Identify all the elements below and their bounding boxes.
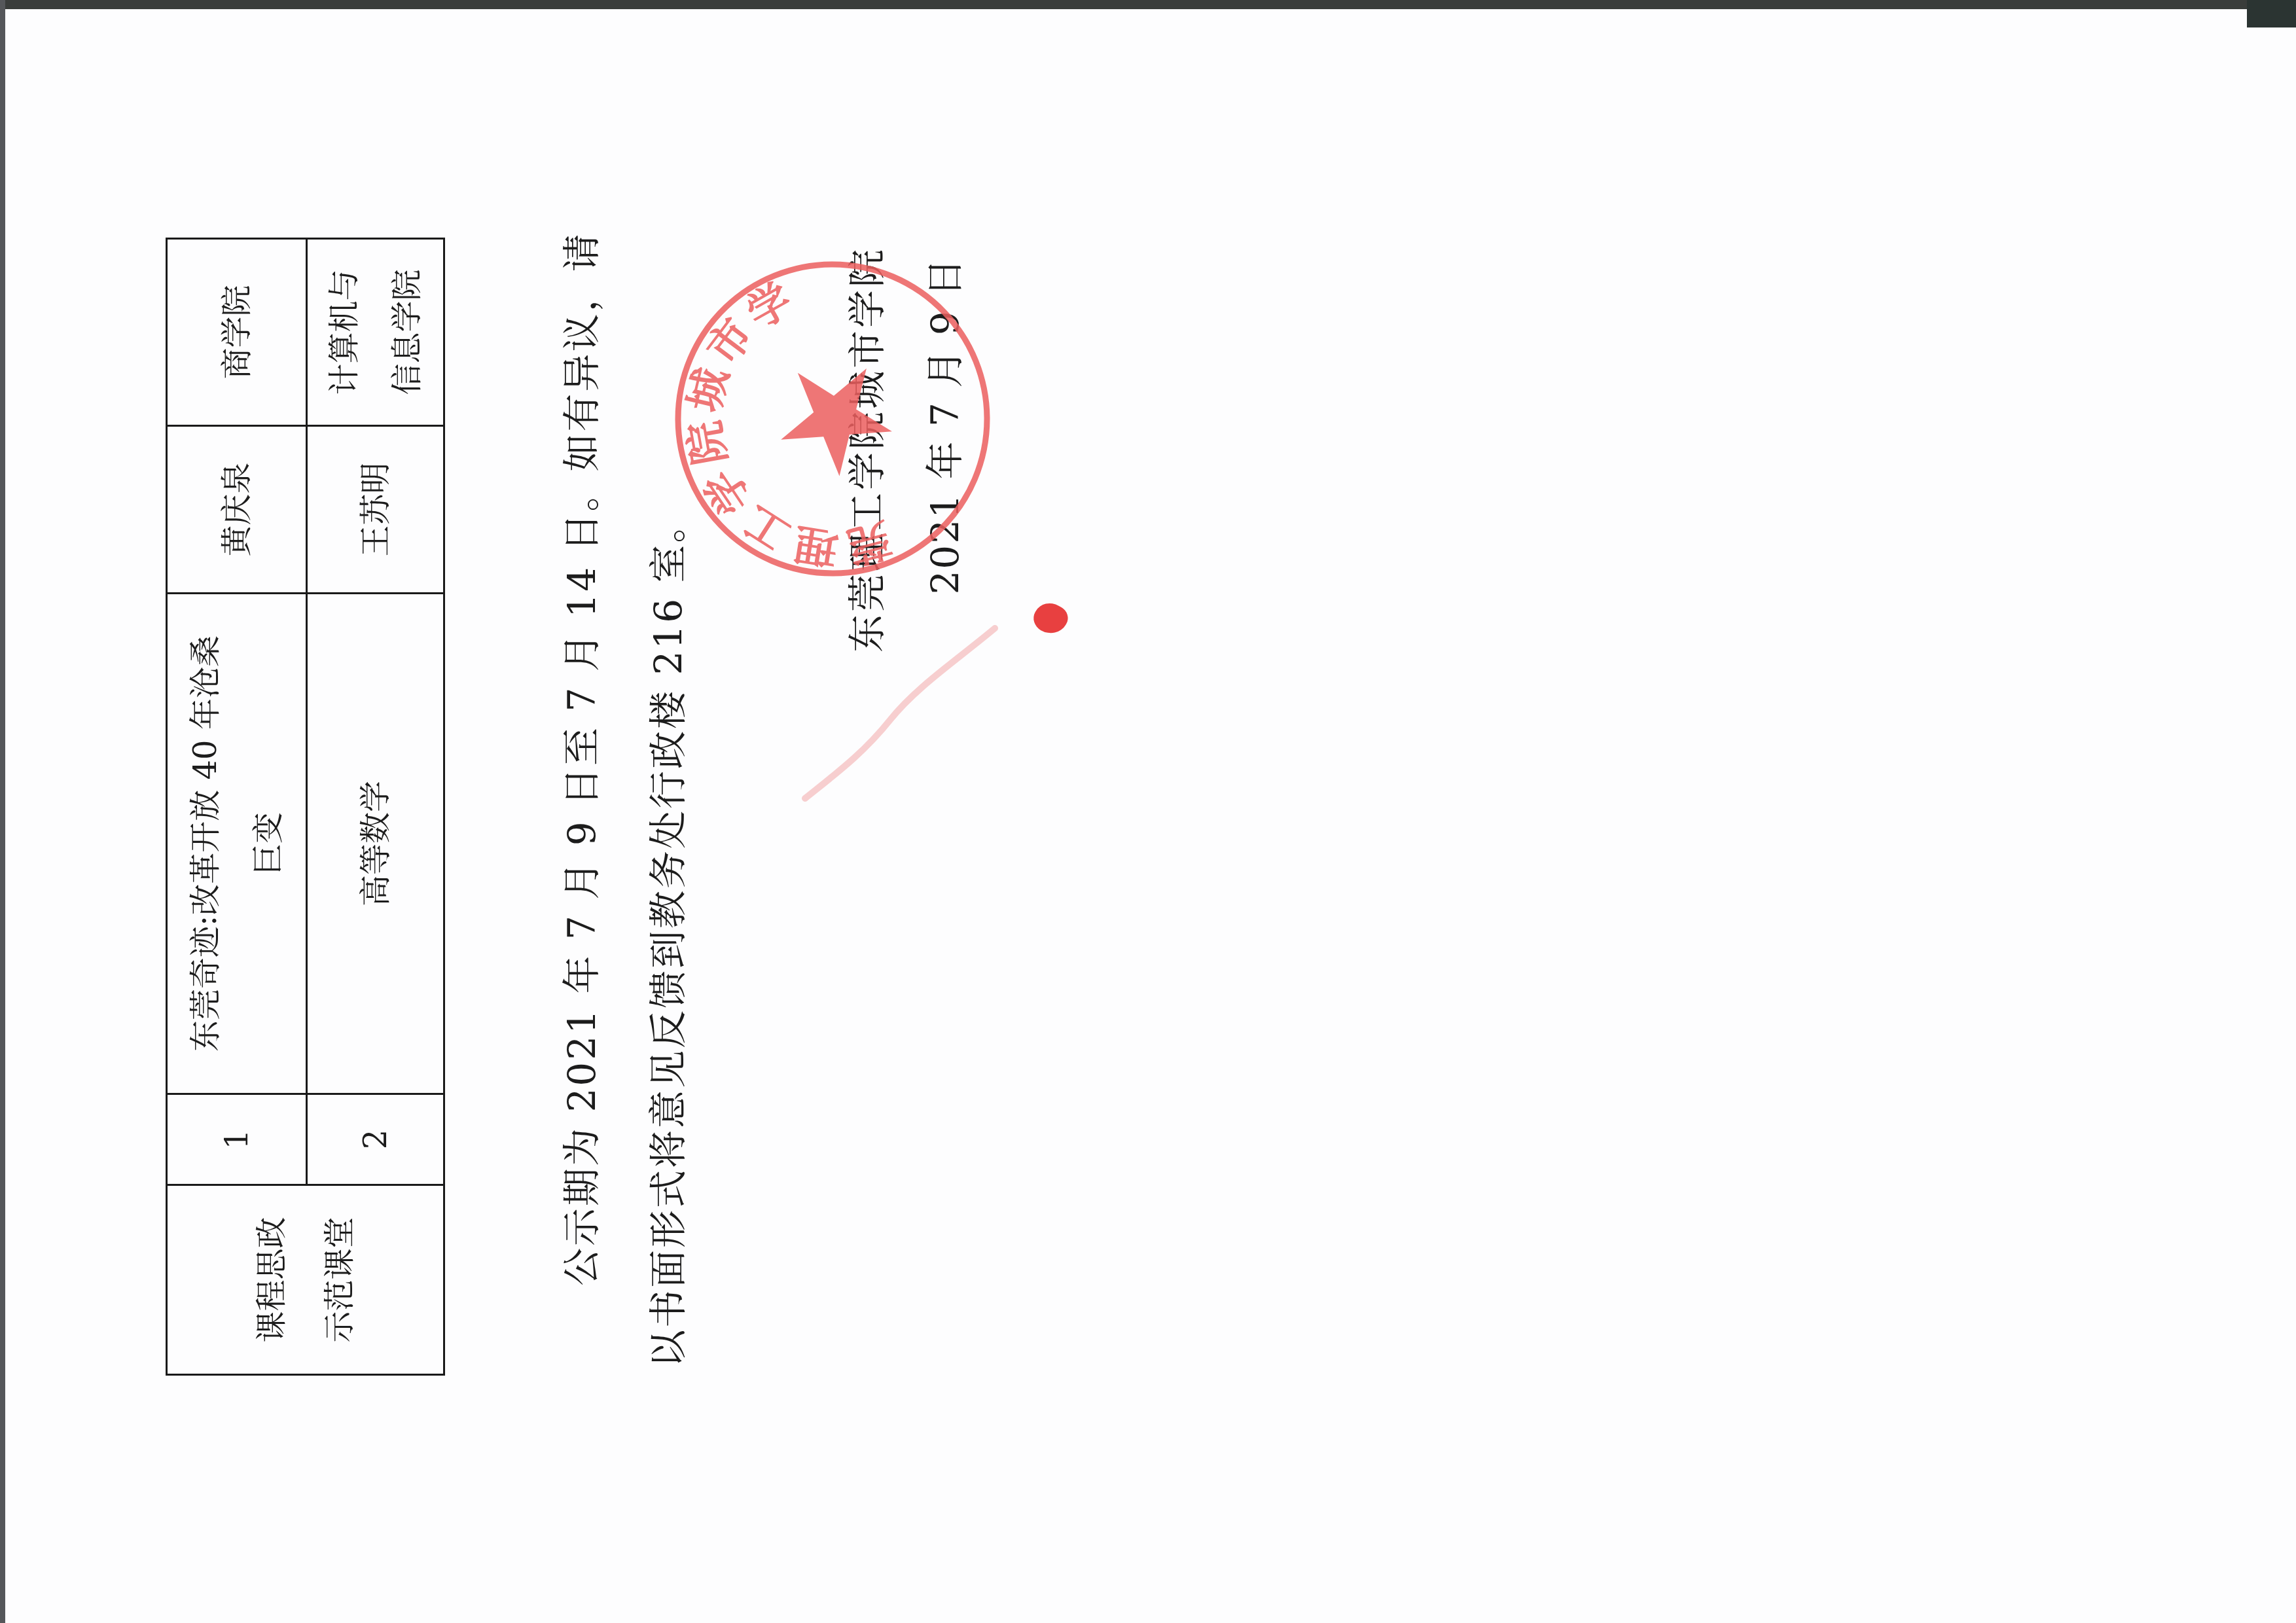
- teacher-name: 王苏明: [343, 463, 408, 557]
- row-number: 2: [343, 1130, 408, 1150]
- course-name-line: 东莞奇迹:改革开放 40 年沧桑: [174, 635, 237, 1052]
- table-row-2-course: 高等数学: [308, 592, 443, 1093]
- table-row-2-college: 计算机与 信息学院: [308, 240, 443, 425]
- category-line: 课程思政: [238, 1217, 306, 1343]
- row-number: 1: [204, 1130, 270, 1150]
- table-row-1-course: 东莞奇迹:改革开放 40 年沧桑 巨变: [168, 592, 308, 1093]
- category-cell: 课程思政 示范课堂: [168, 1184, 443, 1374]
- table-row-2-number: 2: [308, 1093, 443, 1184]
- college-name-line: 计算机与: [313, 270, 376, 395]
- document-page: 课程思政 示范课堂 1 东莞奇迹:改革开放 40 年沧桑 巨变 黄庆泉 商学院 …: [0, 0, 2296, 1623]
- table-row-1-teacher: 黄庆泉: [168, 425, 308, 592]
- star-icon: [760, 348, 900, 491]
- ink-blot: [1029, 597, 1072, 640]
- table-row-1-number: 1: [168, 1093, 308, 1184]
- course-name-line: 巨变: [237, 812, 300, 875]
- ink-smear: [798, 615, 1008, 811]
- category-line: 示范课堂: [306, 1217, 374, 1343]
- college-name-line: 商学院: [206, 285, 268, 380]
- award-table: 课程思政 示范课堂 1 东莞奇迹:改革开放 40 年沧桑 巨变 黄庆泉 商学院 …: [166, 238, 445, 1376]
- teacher-name: 黄庆泉: [204, 463, 270, 557]
- course-name-line: 高等数学: [344, 781, 407, 906]
- notice-text-line-1: 公示期为 2021 年 7 月 9 日至 7 月 14 日。如有异议，请: [551, 238, 606, 1286]
- table-row-2-teacher: 王苏明: [308, 425, 443, 592]
- college-name-line: 信息学院: [376, 270, 439, 395]
- table-row-1-college: 商学院: [168, 240, 308, 425]
